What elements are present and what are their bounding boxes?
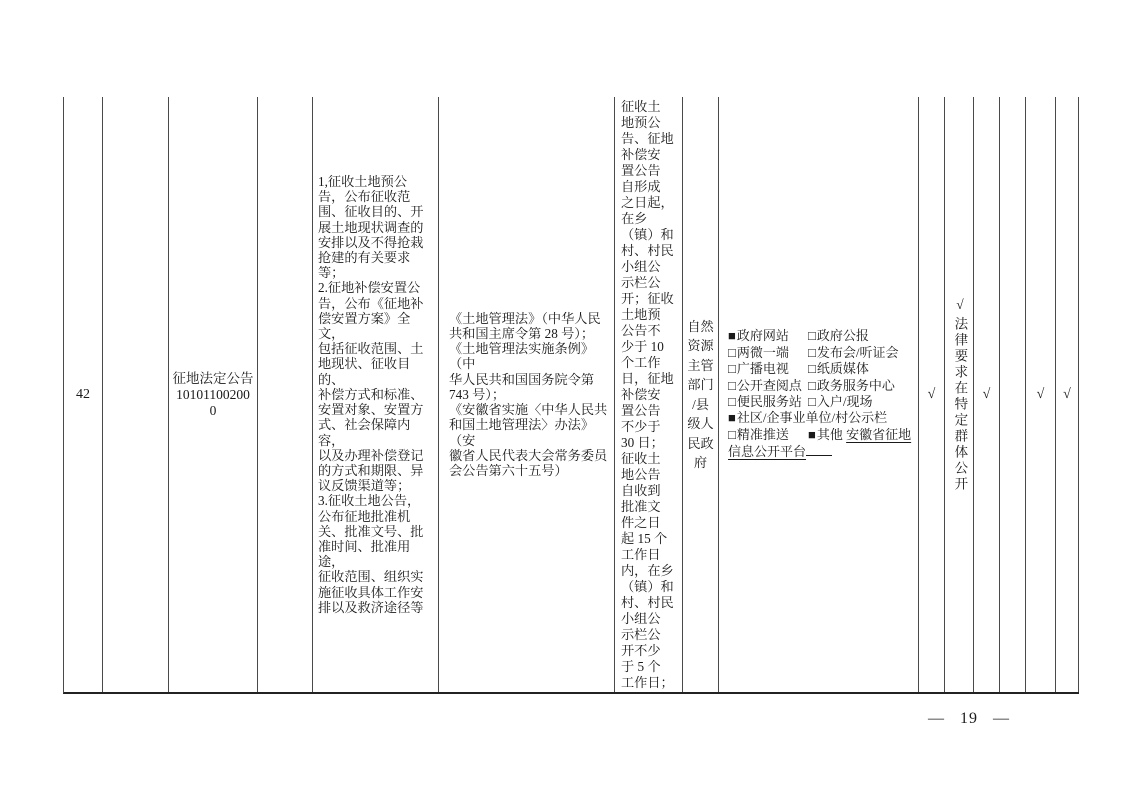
underline-tail: [806, 443, 832, 456]
checkbox-unchecked-icon: □: [728, 378, 736, 393]
checkbox-unchecked-icon: □: [808, 328, 816, 343]
channel-label: 公开查阅点: [737, 378, 802, 393]
col-time-limit: 征收土 地预公 告、征地 补偿安 置公告 自形成 之日起， 在乡 （镇）和 村、…: [615, 97, 683, 692]
responsible-dept: 自然 资源 主管 部门 /县 级人 民政 府: [687, 317, 713, 473]
channel-line-other: □精准推送■其他 安徽省征地信息公开平台: [728, 427, 914, 461]
col-disclosure-content: 1,征收土地预公 告，公布征收范 围、征收目的、开 展土地现状调查的 安排以及不…: [313, 97, 439, 692]
col-legal-basis: 《土地管理法》（中华人民 共和国主席令第 28 号）； 《土地管理法实施条例》（…: [439, 97, 615, 692]
channel-option: □公开查阅点: [728, 378, 808, 394]
channel-label: 政府网站: [737, 328, 789, 343]
channel-option: □纸质媒体: [808, 361, 869, 377]
checkbox-checked-icon: ■: [728, 410, 736, 425]
check-mark: √: [983, 387, 991, 403]
checkbox-unchecked-icon: □: [728, 427, 736, 442]
channel-option: □政务服务中心: [808, 378, 895, 394]
col-responsible-dept: 自然 资源 主管 部门 /县 级人 民政 府: [683, 97, 719, 692]
channel-label: 其他: [817, 427, 843, 442]
disclosure-table: 42 征地法定公告 101011002000 1,征收土地预公 告，公布征收范 …: [63, 97, 1079, 694]
checkbox-checked-icon: ■: [808, 427, 816, 442]
col-row-number: 42: [64, 97, 103, 692]
checkbox-unchecked-icon: □: [808, 378, 816, 393]
channel-label: 广播电视: [737, 361, 789, 376]
channel-label: 两微一端: [737, 345, 789, 360]
channel-option: ■社区/企事业单位/村公示栏: [728, 410, 887, 426]
item-name: 征地法定公告: [170, 371, 257, 387]
checkbox-unchecked-icon: □: [728, 345, 736, 360]
checkbox-unchecked-icon: □: [808, 361, 816, 376]
channel-option: □政府公报: [808, 328, 869, 344]
checkbox-unchecked-icon: □: [808, 394, 816, 409]
channel-option: □广播电视: [728, 361, 808, 377]
checkbox-unchecked-icon: □: [808, 345, 816, 360]
channel-line: ■社区/企事业单位/村公示栏: [728, 410, 914, 426]
check-mark: √: [952, 297, 967, 315]
channel-line: ■政府网站□政府公报: [728, 328, 914, 344]
channel-label: 便民服务站: [737, 394, 802, 409]
channel-option: ■其他: [808, 427, 843, 443]
page-number: — 19 —: [928, 710, 1010, 728]
col-flag-5: √: [1056, 97, 1079, 692]
channel-option: □两微一端: [728, 345, 808, 361]
checkbox-unchecked-icon: □: [728, 394, 736, 409]
item-code: 101011002000: [169, 387, 257, 419]
col-publicity-channels: ■政府网站□政府公报□两微一端□发布会/听证会□广播电视□纸质媒体□公开查阅点□…: [719, 97, 919, 692]
checkbox-checked-icon: ■: [728, 328, 736, 343]
channel-line: □公开查阅点□政务服务中心: [728, 378, 914, 394]
special-group-vertical-text: √法律要求在特定群体公开: [952, 297, 967, 493]
col-item-name: 征地法定公告 101011002000: [169, 97, 258, 692]
check-mark: √: [1037, 387, 1045, 403]
channel-option: ■政府网站: [728, 328, 808, 344]
channel-label: 入户/现场: [817, 394, 873, 409]
channel-label: 政务服务中心: [817, 378, 895, 393]
channel-option: □发布会/听证会: [808, 345, 898, 361]
channel-label: 社区/企事业单位/村公示栏: [737, 410, 887, 425]
col-subitem-empty: [258, 97, 313, 692]
channel-line: □便民服务站□入户/现场: [728, 394, 914, 410]
col-flag-1: √: [919, 97, 945, 692]
row-number: 42: [76, 387, 90, 403]
channel-label: 精准推送: [737, 427, 789, 442]
time-limit: 征收土 地预公 告、征地 补偿安 置公告 自形成 之日起， 在乡 （镇）和 村、…: [615, 99, 682, 691]
channel-label: 发布会/听证会: [817, 345, 899, 360]
document-page: 42 征地法定公告 101011002000 1,征收土地预公 告，公布征收范 …: [0, 0, 1122, 793]
channel-line: □广播电视□纸质媒体: [728, 361, 914, 377]
check-mark: √: [1063, 387, 1071, 403]
channel-label: 政府公报: [817, 328, 869, 343]
channels-content: ■政府网站□政府公报□两微一端□发布会/听证会□广播电视□纸质媒体□公开查阅点□…: [719, 328, 918, 460]
col-category-empty: [103, 97, 169, 692]
col-special-group: √法律要求在特定群体公开: [945, 97, 974, 692]
col-flag-4: √: [1026, 97, 1056, 692]
special-group-label: 法律要求在特定群体公开: [952, 316, 967, 492]
channel-line: □两微一端□发布会/听证会: [728, 345, 914, 361]
channel-option: □入户/现场: [808, 394, 872, 410]
checkbox-unchecked-icon: □: [728, 361, 736, 376]
disclosure-content: 1,征收土地预公 告，公布征收范 围、征收目的、开 展土地现状调查的 安排以及不…: [313, 174, 438, 615]
check-mark: √: [928, 387, 936, 403]
col-flag-3: [1000, 97, 1026, 692]
channel-option: □精准推送: [728, 427, 808, 443]
channel-label: 纸质媒体: [817, 361, 869, 376]
legal-basis: 《土地管理法》（中华人民 共和国主席令第 28 号）； 《土地管理法实施条例》（…: [439, 311, 614, 478]
channel-option: □便民服务站: [728, 394, 808, 410]
col-flag-2: √: [974, 97, 1000, 692]
